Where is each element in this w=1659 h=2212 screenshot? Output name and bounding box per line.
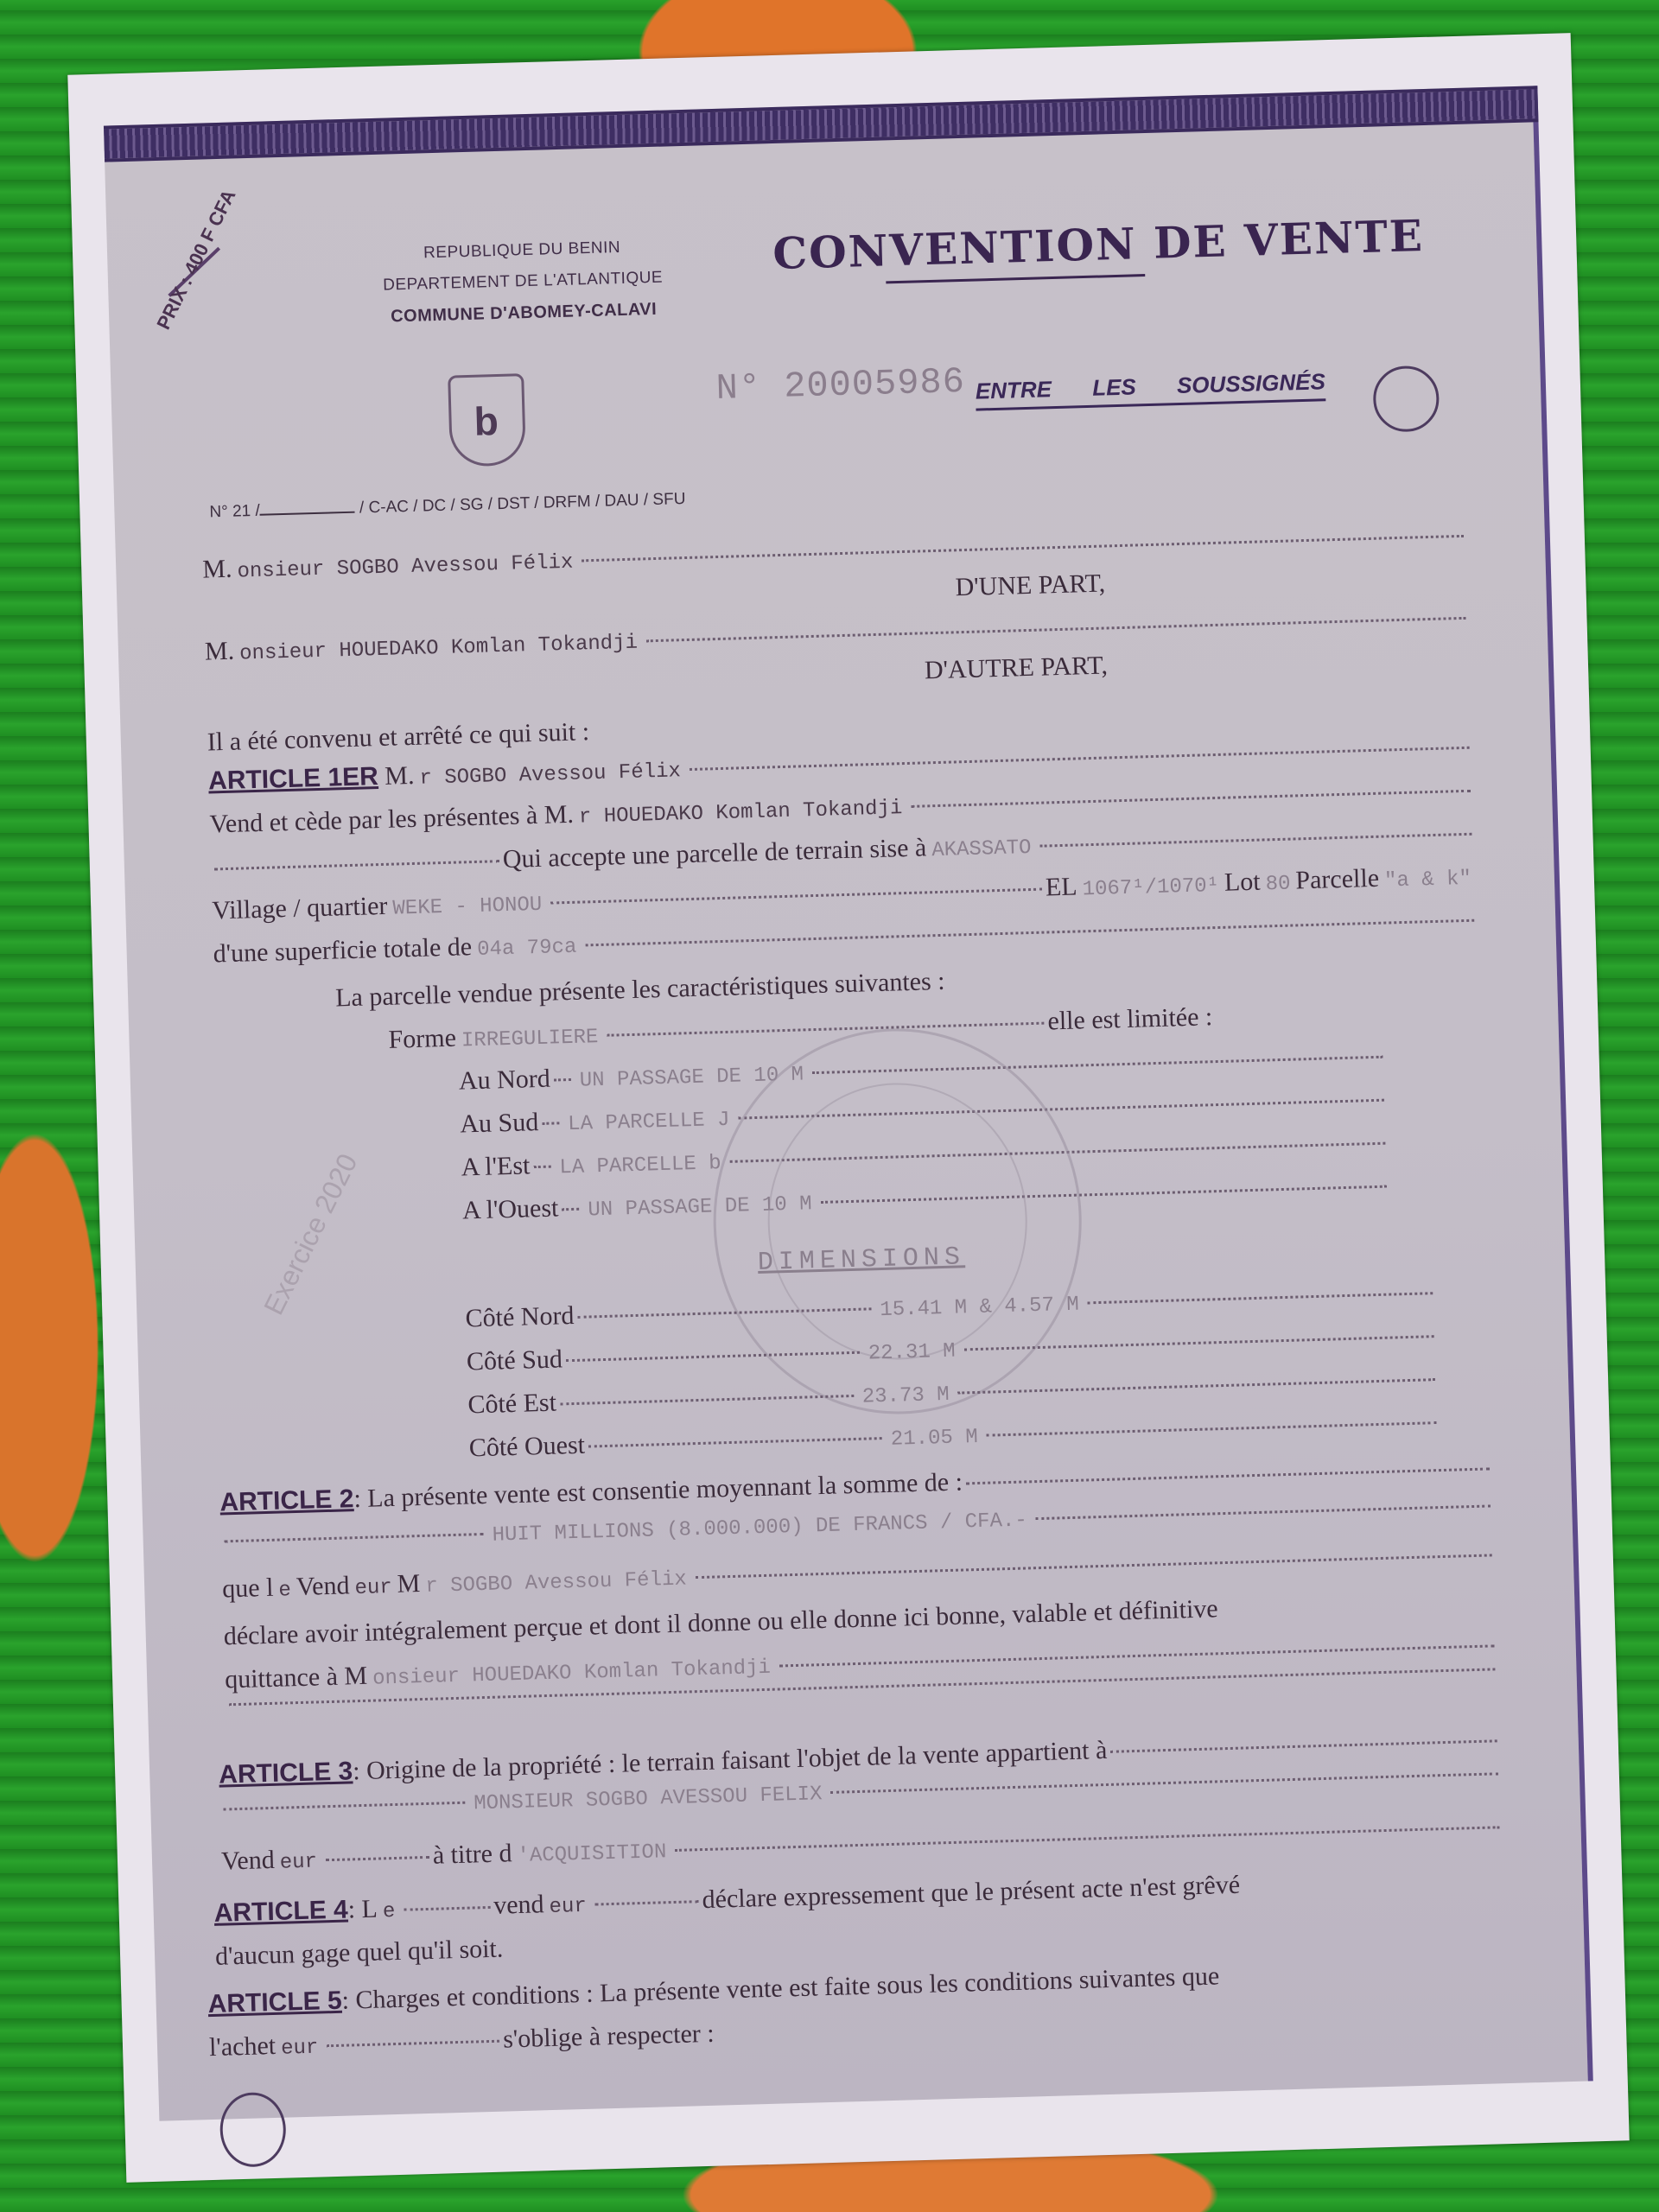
dotted-line bbox=[582, 535, 1464, 563]
dotted-line bbox=[214, 860, 499, 870]
seller-side-label: D'UNE PART, bbox=[955, 569, 1106, 602]
article2-label: ARTICLE 2 bbox=[219, 1484, 354, 1517]
dotted-line bbox=[577, 1307, 871, 1318]
form-line: Forme IRREGULIERE elle est limitée : bbox=[388, 1002, 1213, 1055]
amount-field[interactable]: HUIT MILLIONS (8.000.000) DE FRANCS / CF… bbox=[486, 1509, 1033, 1548]
article4-declare-text: déclare expressement que le présent acte… bbox=[702, 1871, 1240, 1915]
intro-text: Il a été convenu et arrêté ce qui suit : bbox=[207, 717, 589, 757]
que-l-field[interactable]: e bbox=[273, 1579, 296, 1603]
el-field[interactable]: 1067¹/1070¹ bbox=[1077, 874, 1224, 902]
dotted-line bbox=[911, 790, 1471, 808]
lot-label: Lot bbox=[1224, 868, 1262, 898]
dotted-line bbox=[675, 1826, 1499, 1852]
dotted-line bbox=[646, 617, 1466, 642]
article1-buyer-field[interactable]: r HOUEDAKO Komlan Tokandji bbox=[574, 797, 908, 829]
dotted-line bbox=[595, 1900, 699, 1905]
dotted-line bbox=[588, 1437, 882, 1447]
titre-text: à titre d bbox=[432, 1839, 512, 1871]
dotted-line bbox=[1110, 1739, 1497, 1752]
form-label: Forme bbox=[388, 1024, 456, 1055]
article3-line3: Vend eur à titre d 'ACQUISITION bbox=[221, 1811, 1503, 1876]
article1-accept-text: Qui accepte une parcelle de terrain sise… bbox=[502, 833, 926, 874]
reference-suffix: / C-AC / DC / SG / DST / DRFM / DAU / SF… bbox=[359, 490, 686, 518]
area-field[interactable]: 04a 79ca bbox=[472, 936, 582, 963]
limited-label: elle est limitée : bbox=[1047, 1002, 1213, 1036]
bound-label: Au Sud bbox=[460, 1108, 539, 1140]
issuer-header: REPUBLIQUE DU BENIN DEPARTEMENT DE L'ATL… bbox=[332, 230, 715, 334]
vend-field[interactable]: eur bbox=[274, 1850, 322, 1875]
mr-field[interactable]: r SOGBO Avessou Félix bbox=[420, 1567, 692, 1599]
dotted-line bbox=[966, 1467, 1490, 1484]
reference-prefix: N° 21 / bbox=[209, 502, 260, 522]
dotted-line bbox=[958, 1378, 1436, 1394]
reference-line: N° 21 / / C-AC / DC / SG / DST / DRFM / … bbox=[209, 490, 686, 522]
dotted-line bbox=[690, 747, 1470, 771]
dotted-line bbox=[696, 1554, 1492, 1579]
article1-m: M. bbox=[385, 761, 415, 791]
document-title: CONVENTION DE VENTE bbox=[772, 210, 1425, 279]
buyer-name-field[interactable]: onsieur HOUEDAKO Komlan Tokandji bbox=[234, 631, 643, 665]
article4-vend-text: vend bbox=[493, 1890, 544, 1921]
characteristics-intro: La parcelle vendue présente les caractér… bbox=[335, 952, 1479, 1014]
dimension-label: Côté Est bbox=[467, 1389, 556, 1421]
article2-text: : La présente vente est consentie moyenn… bbox=[353, 1467, 963, 1514]
article5-text: : Charges et conditions : La présente ve… bbox=[341, 1961, 1219, 2015]
village-label: Village / quartier bbox=[212, 892, 388, 926]
sale-convention-form: PRIX : 400 F CFA REPUBLIQUE DU BENIN DEP… bbox=[104, 86, 1593, 2120]
dotted-line bbox=[554, 1078, 571, 1082]
titre-field[interactable]: 'ACQUISITION bbox=[512, 1840, 672, 1868]
owner-field[interactable]: MONSIEUR SOGBO AVESSOU FELIX bbox=[468, 1783, 828, 1816]
form-field[interactable]: IRREGULIERE bbox=[456, 1026, 604, 1053]
bound-label: Au Nord bbox=[459, 1065, 551, 1096]
achet-text: l'achet bbox=[209, 2031, 276, 2063]
dimension-value-field[interactable]: 23.73 M bbox=[856, 1383, 955, 1409]
between-heading: ENTRE LES SOUSSIGNÉS bbox=[975, 368, 1325, 410]
buyer-side-label: D'AUTRE PART, bbox=[924, 651, 1108, 685]
dimensions-title: DIMENSIONS bbox=[758, 1243, 966, 1278]
reference-blank[interactable] bbox=[260, 512, 355, 516]
dotted-line bbox=[1039, 833, 1471, 848]
dotted-line bbox=[562, 1208, 579, 1211]
achet-field[interactable]: eur bbox=[276, 2036, 324, 2061]
title-ornament bbox=[886, 274, 1145, 283]
article4-l-text: : L bbox=[347, 1895, 378, 1925]
article4-label: ARTICLE 4 bbox=[213, 1896, 348, 1929]
article4-l-field[interactable]: e bbox=[378, 1900, 401, 1924]
dimension-value-field[interactable]: 21.05 M bbox=[886, 1426, 984, 1452]
round-stamp-icon bbox=[1372, 365, 1440, 433]
parcelle-label: Parcelle bbox=[1295, 864, 1380, 896]
article5-label: ARTICLE 5 bbox=[207, 1986, 342, 2019]
dotted-line bbox=[542, 1122, 559, 1125]
dotted-line bbox=[533, 1166, 550, 1169]
oblige-text: s'oblige à respecter : bbox=[503, 2019, 715, 2055]
que-l-text: que l bbox=[222, 1573, 274, 1605]
article3-label: ARTICLE 3 bbox=[219, 1757, 353, 1789]
article1-sell-text: Vend et cède par les présentes à M. bbox=[209, 800, 574, 840]
quittance-field[interactable]: onsieur HOUEDAKO Komlan Tokandji bbox=[367, 1656, 776, 1691]
location-field[interactable]: AKASSATO bbox=[926, 836, 1037, 863]
seller-name-field[interactable]: onsieur SOGBO Avessou Félix bbox=[232, 550, 578, 583]
dimension-value-field[interactable]: 22.31 M bbox=[862, 1339, 961, 1365]
dimension-label: Côté Nord bbox=[465, 1301, 575, 1334]
watermark: Exercice 2020 bbox=[257, 1149, 364, 1320]
dotted-line bbox=[550, 888, 1042, 905]
bound-value-field[interactable]: LA PARCELLE b bbox=[554, 1152, 727, 1180]
decorative-top-band bbox=[104, 86, 1539, 162]
dotted-line bbox=[585, 919, 1474, 947]
vend-text: Vend bbox=[296, 1571, 350, 1602]
el-label: EL bbox=[1045, 873, 1077, 903]
bound-value-field[interactable]: LA PARCELLE J bbox=[563, 1109, 735, 1137]
dotted-line bbox=[327, 2040, 499, 2048]
dotted-line bbox=[607, 1022, 1044, 1037]
vend-field[interactable]: eur bbox=[349, 1576, 397, 1601]
dotted-line bbox=[964, 1335, 1434, 1351]
bound-label: A l'Ouest bbox=[462, 1193, 559, 1225]
dotted-line bbox=[223, 1802, 465, 1811]
dotted-line bbox=[830, 1772, 1498, 1794]
dotted-line bbox=[779, 1644, 1495, 1667]
paper-sheet: PRIX : 400 F CFA REPUBLIQUE DU BENIN DEP… bbox=[67, 33, 1629, 2183]
characteristics-intro-text: La parcelle vendue présente les caractér… bbox=[335, 967, 945, 1014]
seller-prefix: M. bbox=[202, 555, 232, 585]
dotted-line bbox=[560, 1395, 854, 1405]
lot-field[interactable]: 80 bbox=[1260, 872, 1296, 896]
mr-text: M bbox=[397, 1569, 421, 1599]
vend-text: Vend bbox=[221, 1846, 276, 1877]
parcelle-field[interactable]: "a & k" bbox=[1379, 868, 1478, 893]
quittance-text: quittance à M bbox=[225, 1662, 368, 1695]
article4-line2-text: d'aucun gage quel qu'il soit. bbox=[215, 1935, 504, 1972]
article1-label: ARTICLE 1ER bbox=[208, 762, 379, 796]
buyer-prefix: M. bbox=[205, 637, 235, 667]
price-stamp: PRIX : 400 F CFA bbox=[152, 186, 240, 333]
small-round-stamp-icon bbox=[219, 2092, 287, 2168]
dotted-line bbox=[404, 1906, 490, 1911]
area-label: d'une superficie totale de bbox=[213, 932, 472, 969]
dotted-line bbox=[987, 1421, 1437, 1437]
commune-seal-icon: b bbox=[448, 373, 526, 467]
bound-label: A l'Est bbox=[461, 1151, 531, 1182]
dimension-label: Côté Sud bbox=[467, 1344, 563, 1376]
article4-vend-field[interactable]: eur bbox=[543, 1895, 592, 1920]
dotted-line bbox=[1088, 1292, 1433, 1304]
dotted-line bbox=[326, 1856, 429, 1861]
dimension-label: Côté Ouest bbox=[468, 1431, 585, 1464]
article1-seller-field[interactable]: r SOGBO Avessou Félix bbox=[414, 760, 686, 791]
dotted-line bbox=[225, 1533, 484, 1542]
village-field[interactable]: WEKE - HONOU bbox=[387, 893, 548, 921]
serial-number: N° 20005986 bbox=[715, 361, 965, 410]
dotted-line bbox=[1036, 1504, 1491, 1520]
dotted-line bbox=[566, 1351, 860, 1362]
